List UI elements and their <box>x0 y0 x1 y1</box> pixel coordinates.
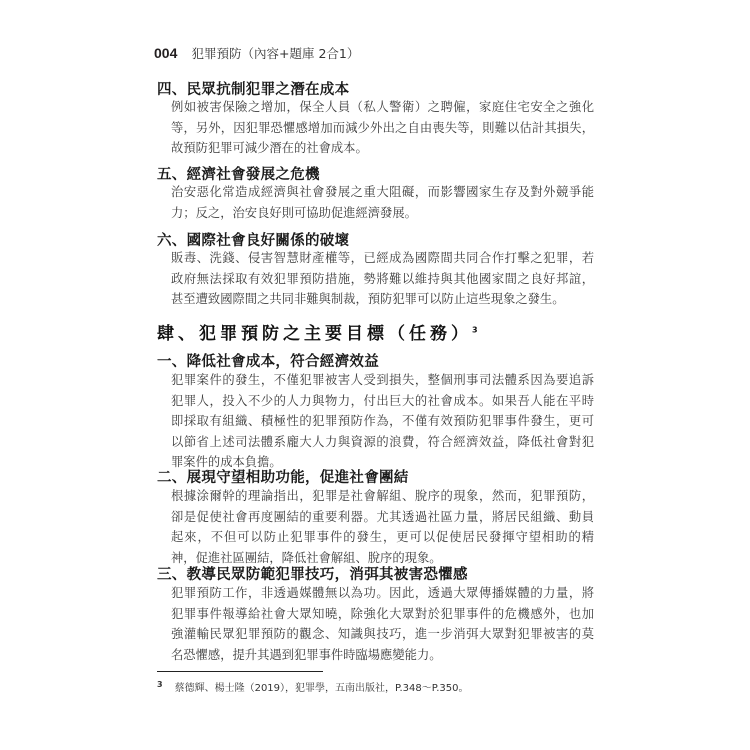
text-line: 即採取有組織、積極性的犯罪預防作為，不僅有效預防犯罪事件發生，更可 <box>171 411 594 432</box>
section-heading: 六、國際社會良好關係的破壞 <box>157 229 349 250</box>
text-line: 販毒、洗錢、侵害智慧財產權等，已經成為國際間共同合作打擊之犯罪，若 <box>171 248 594 269</box>
chapter-heading: 肆、犯罪預防之主要目標（任務）3 <box>157 319 478 344</box>
section-heading: 五、經濟社會發展之危機 <box>157 163 320 184</box>
subsection-heading: 二、展現守望相助功能，促進社會團結 <box>157 466 409 487</box>
text-line: 犯罪案件的發生，不僅犯罪被害人受到損失，整個刑事司法體系因為要追訴 <box>171 370 594 391</box>
running-header: 004 犯罪預防（內容+題庫 2合1） <box>154 44 359 62</box>
text-line: 起來，不但可以防止犯罪事件的發生，更可以促使居民發揮守望相助的精 <box>171 527 594 548</box>
text-line: 政府無法採取有效犯罪預防措施，勢將難以維持與其他國家間之良好邦誼， <box>171 269 594 290</box>
text-line: 甚至遭致國際間之共同非難與制裁，預防犯罪可以防止這些現象之發生。 <box>171 289 594 310</box>
page-number: 004 <box>154 45 177 61</box>
subsection-heading: 一、降低社會成本，符合經濟效益 <box>157 350 379 371</box>
book-page: 004 犯罪預防（內容+題庫 2合1） 四、民眾抗制犯罪之潛在成本 例如被害保險… <box>0 0 750 750</box>
subsection-heading: 三、教導民眾防範犯罪技巧，消弭其被害恐懼感 <box>157 563 468 584</box>
section-paragraph: 例如被害保險之增加，保全人員（私人警衛）之聘僱，家庭住宅安全之強化 等，另外，因… <box>171 97 594 159</box>
text-line: 名恐懼感，提升其遇到犯罪事件時臨場應變能力。 <box>171 645 594 666</box>
text-line: 卻是促使社會再度團結的重要利器。尤其透過社區力量，將居民組織、動員 <box>171 507 594 528</box>
text-line: 犯罪事件報導給社會大眾知曉，除強化大眾對於犯罪事件的危機感外，也加 <box>171 604 594 625</box>
footnote-mark: 3 <box>157 680 163 689</box>
footnote-text: 蔡德輝、楊士隆（2019），犯罪學，五南出版社，P.348～P.350。 <box>175 683 469 694</box>
footnote-reference: 3 <box>472 325 478 334</box>
book-title: 犯罪預防（內容+題庫 2合1） <box>192 46 360 61</box>
subsection-paragraph: 犯罪案件的發生，不僅犯罪被害人受到損失，整個刑事司法體系因為要追訴 犯罪人，投入… <box>171 370 594 473</box>
subsection-paragraph: 犯罪預防工作，非透過媒體無以為功。因此，透過大眾傳播媒體的力量，將 犯罪事件報導… <box>171 583 594 665</box>
text-line: 強灌輸民眾犯罪預防的觀念、知識與技巧，進一步消弭大眾對犯罪被害的莫 <box>171 624 594 645</box>
footnote-divider <box>157 671 323 672</box>
text-line: 力；反之，治安良好則可協助促進經濟發展。 <box>171 203 594 224</box>
text-line: 犯罪人，投入不少的人力與物力，付出巨大的社會成本。如果吾人能在平時 <box>171 391 594 412</box>
footnote: 3蔡德輝、楊士隆（2019），犯罪學，五南出版社，P.348～P.350。 <box>157 679 469 694</box>
text-line: 治安惡化常造成經濟與社會發展之重大阻礙，而影響國家生存及對外競爭能 <box>171 182 594 203</box>
section-heading: 四、民眾抗制犯罪之潛在成本 <box>157 78 349 99</box>
subsection-paragraph: 根據涂爾幹的理論指出，犯罪是社會解組、脫序的現象，然而，犯罪預防， 卻是促使社會… <box>171 486 594 568</box>
text-line: 以節省上述司法體系龐大人力與資源的浪費，符合經濟效益，降低社會對犯 <box>171 432 594 453</box>
section-paragraph: 治安惡化常造成經濟與社會發展之重大阻礙，而影響國家生存及對外競爭能 力；反之，治… <box>171 182 594 223</box>
chapter-heading-text: 肆、犯罪預防之主要目標（任務） <box>157 324 472 344</box>
text-line: 犯罪預防工作，非透過媒體無以為功。因此，透過大眾傳播媒體的力量，將 <box>171 583 594 604</box>
text-line: 根據涂爾幹的理論指出，犯罪是社會解組、脫序的現象，然而，犯罪預防， <box>171 486 594 507</box>
text-line: 例如被害保險之增加，保全人員（私人警衛）之聘僱，家庭住宅安全之強化 <box>171 97 594 118</box>
section-paragraph: 販毒、洗錢、侵害智慧財產權等，已經成為國際間共同合作打擊之犯罪，若 政府無法採取… <box>171 248 594 310</box>
text-line: 故預防犯罪可減少潛在的社會成本。 <box>171 138 594 159</box>
text-line: 等，另外，因犯罪恐懼感增加而減少外出之自由喪失等，則難以估計其損失， <box>171 118 594 139</box>
